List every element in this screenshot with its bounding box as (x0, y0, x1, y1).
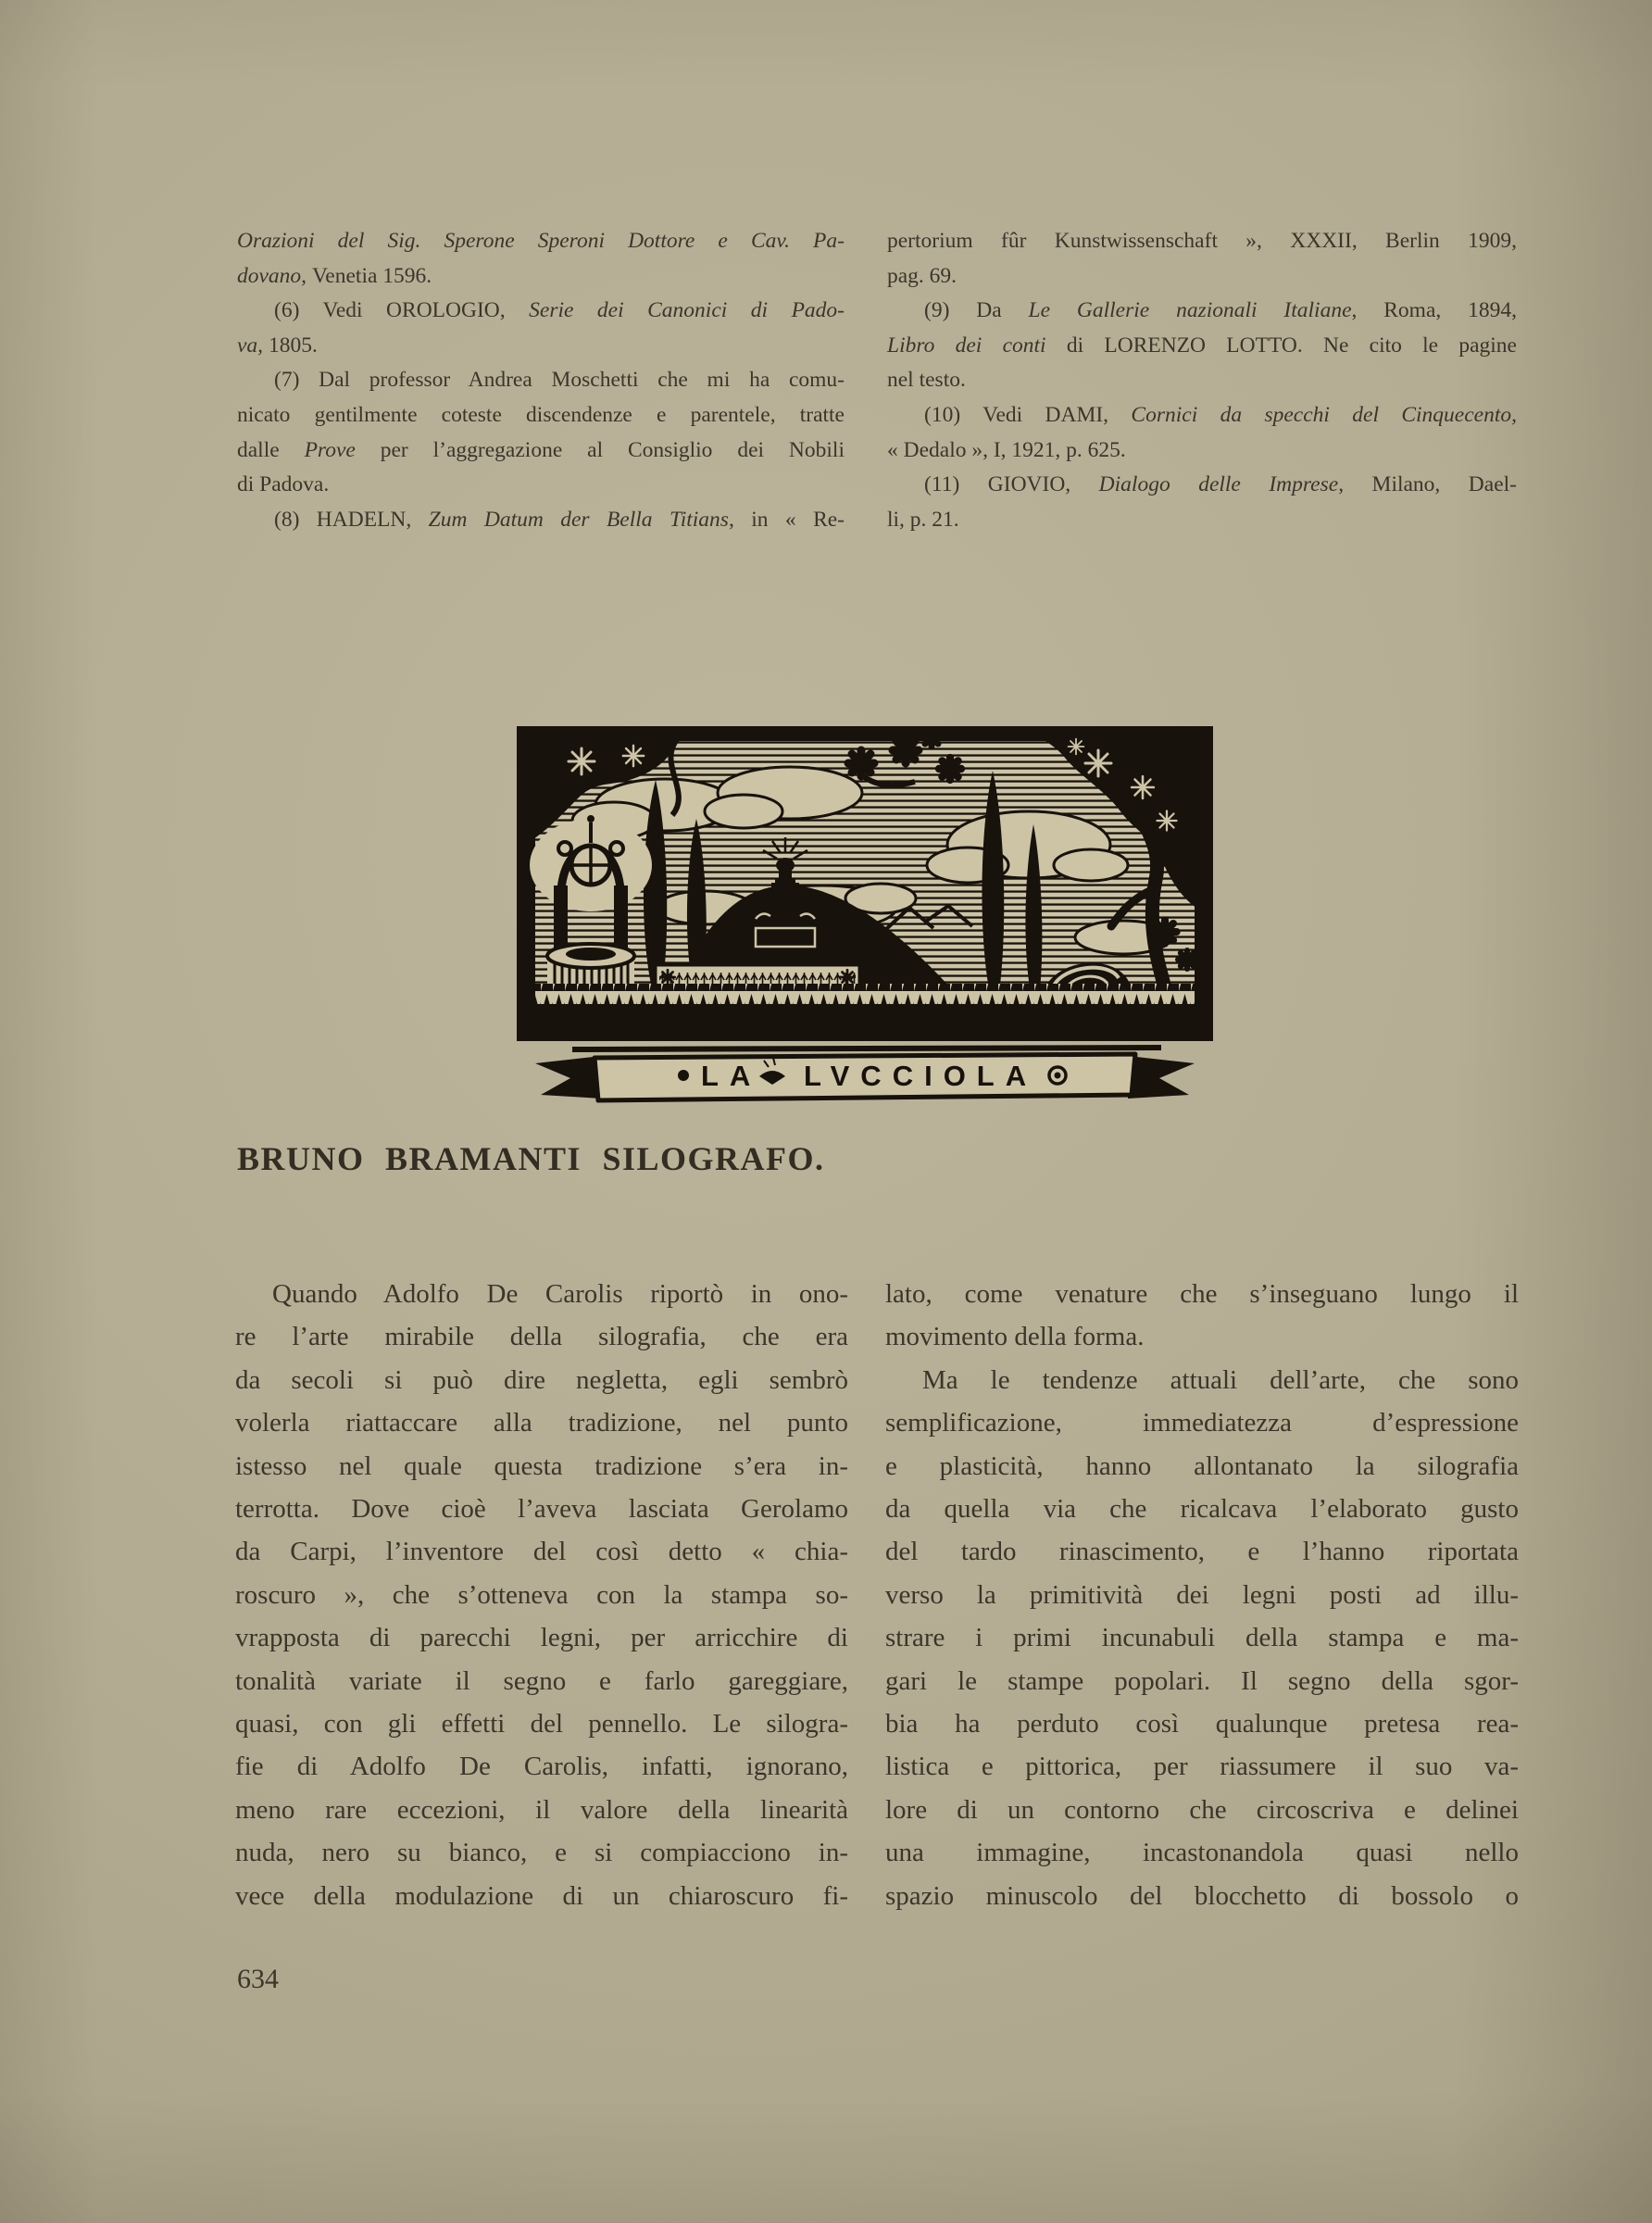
footnote-line: (11) GIOVIO, Dialogo delle Imprese, Mila… (887, 468, 1517, 503)
footnote-line: dovano, Venetia 1596. (237, 259, 845, 295)
woodcut-scene (517, 726, 1213, 1041)
article-title: BRUNO BRAMANTI SILOGRAFO. (237, 1139, 825, 1178)
footnote-column-right: pertorium fûr Kunstwissenschaft », XXXII… (887, 224, 1517, 537)
banner-word-la: LA (701, 1060, 761, 1092)
footnote-line: Libro dei conti di LORENZO LOTTO. Ne cit… (887, 329, 1517, 364)
footnote-line: di Padova. (237, 468, 845, 503)
footnote-line: nicato gentilmente coteste discendenze e… (237, 398, 845, 433)
banner-ribbon: LA LVCCIOLA (535, 1045, 1195, 1100)
body-text-line: tonalità variate il segno e farlo garegg… (235, 1660, 848, 1702)
footnote-line: (8) HADELN, Zum Datum der Bella Titians,… (237, 503, 845, 538)
body-text-line: meno rare eccezioni, il valore della lin… (235, 1789, 848, 1831)
body-text-line: e plasticità, hanno allontanato la silog… (885, 1445, 1519, 1488)
body-text-line: verso la primitività dei legni posti ad … (885, 1574, 1519, 1616)
body-text-line: Quando Adolfo De Carolis riportò in ono- (235, 1273, 848, 1315)
footnote-line: li, p. 21. (887, 503, 1517, 538)
footnote-line: (7) Dal professor Andrea Moschetti che m… (237, 363, 845, 398)
footnote-line: pag. 69. (887, 259, 1517, 295)
body-text-line: roscuro », che s’otteneva con la stampa … (235, 1574, 848, 1616)
body-text-line: volerla riattaccare alla tradizione, nel… (235, 1401, 848, 1444)
body-text-line: da secoli si può dire negletta, egli sem… (235, 1359, 848, 1401)
sarcophagus (737, 912, 833, 966)
footnote-column-left: Orazioni del Sig. Sperone Speroni Dottor… (237, 224, 845, 537)
footnote-line: nel testo. (887, 363, 1517, 398)
banner-word-lucciola: LVCCIOLA (804, 1060, 1037, 1092)
body-text-line: gari le stampe popolari. Il segno della … (885, 1660, 1519, 1702)
footnote-line: dalle Prove per l’aggregazione al Consig… (237, 433, 845, 469)
ribbon-tail-left (535, 1056, 602, 1099)
ribbon-tail-right (1128, 1056, 1195, 1099)
body-text-line: istesso nel quale questa tradizione s’er… (235, 1445, 848, 1488)
body-text-line: vece della modulazione di un chiaroscuro… (235, 1875, 848, 1917)
body-text-line: terrotta. Dove cioè l’aveva lasciata Ger… (235, 1488, 848, 1530)
body-text-line: una immagine, incastonandola quasi nello (885, 1831, 1519, 1874)
woodcut-illustration: LA LVCCIOLA (517, 726, 1213, 1108)
body-text-line: vrapposta di parecchi legni, per arricch… (235, 1616, 848, 1659)
body-column-left: Quando Adolfo De Carolis riportò in ono-… (235, 1273, 848, 1917)
body-text-line: nuda, nero su bianco, e si compiacciono … (235, 1831, 848, 1874)
scanned-book-page: { "page": { "number": "634", "background… (0, 0, 1652, 2223)
body-text-line: re l’arte mirabile della silografia, che… (235, 1315, 848, 1358)
footnote-line: (9) Da Le Gallerie nazionali Italiane, R… (887, 294, 1517, 329)
body-text-line: lore di un contorno che circoscriva e de… (885, 1789, 1519, 1831)
footnote-line: « Dedalo », I, 1921, p. 625. (887, 433, 1517, 469)
body-text-line: spazio minuscolo del blocchetto di bosso… (885, 1875, 1519, 1917)
body-text-line: Ma le tendenze attuali dell’arte, che so… (885, 1359, 1519, 1401)
footnote-line: (10) Vedi DAMI, Cornici da specchi del C… (887, 398, 1517, 433)
footnote-line: (6) Vedi OROLOGIO, Serie dei Canonici di… (237, 294, 845, 329)
body-text-line: bia ha perduto così qualunque pretesa re… (885, 1702, 1519, 1745)
body-text-line: movimento della forma. (885, 1315, 1519, 1358)
body-text-line: da quella via che ricalcava l’elaborato … (885, 1488, 1519, 1530)
body-text-line: da Carpi, l’inventore del così detto « c… (235, 1530, 848, 1573)
body-text-line: lato, come venature che s’inseguano lung… (885, 1273, 1519, 1315)
body-text-line: quasi, con gli effetti del pennello. Le … (235, 1702, 848, 1745)
body-text-line: del tardo rinascimento, e l’hanno riport… (885, 1530, 1519, 1573)
footnote-line: va, 1805. (237, 329, 845, 364)
banner-dot-left-icon (678, 1070, 689, 1081)
body-column-right: lato, come venature che s’inseguano lung… (885, 1273, 1519, 1917)
body-text-line: semplificazione, immediatezza d’espressi… (885, 1401, 1519, 1444)
footnote-line: pertorium fûr Kunstwissenschaft », XXXII… (887, 224, 1517, 259)
ground (532, 1004, 1198, 1041)
footnote-line: Orazioni del Sig. Sperone Speroni Dottor… (237, 224, 845, 259)
banner-dot-right-center (1055, 1073, 1061, 1079)
woodcut-figure: LA LVCCIOLA (517, 726, 1213, 1112)
body-text-line: strare i primi incunabuli della stampa e… (885, 1616, 1519, 1659)
body-text-line: listica e pittorica, per riassumere il s… (885, 1745, 1519, 1788)
page-number: 634 (237, 1964, 279, 1995)
body-text-line: fie di Adolfo De Carolis, infatti, ignor… (235, 1745, 848, 1788)
